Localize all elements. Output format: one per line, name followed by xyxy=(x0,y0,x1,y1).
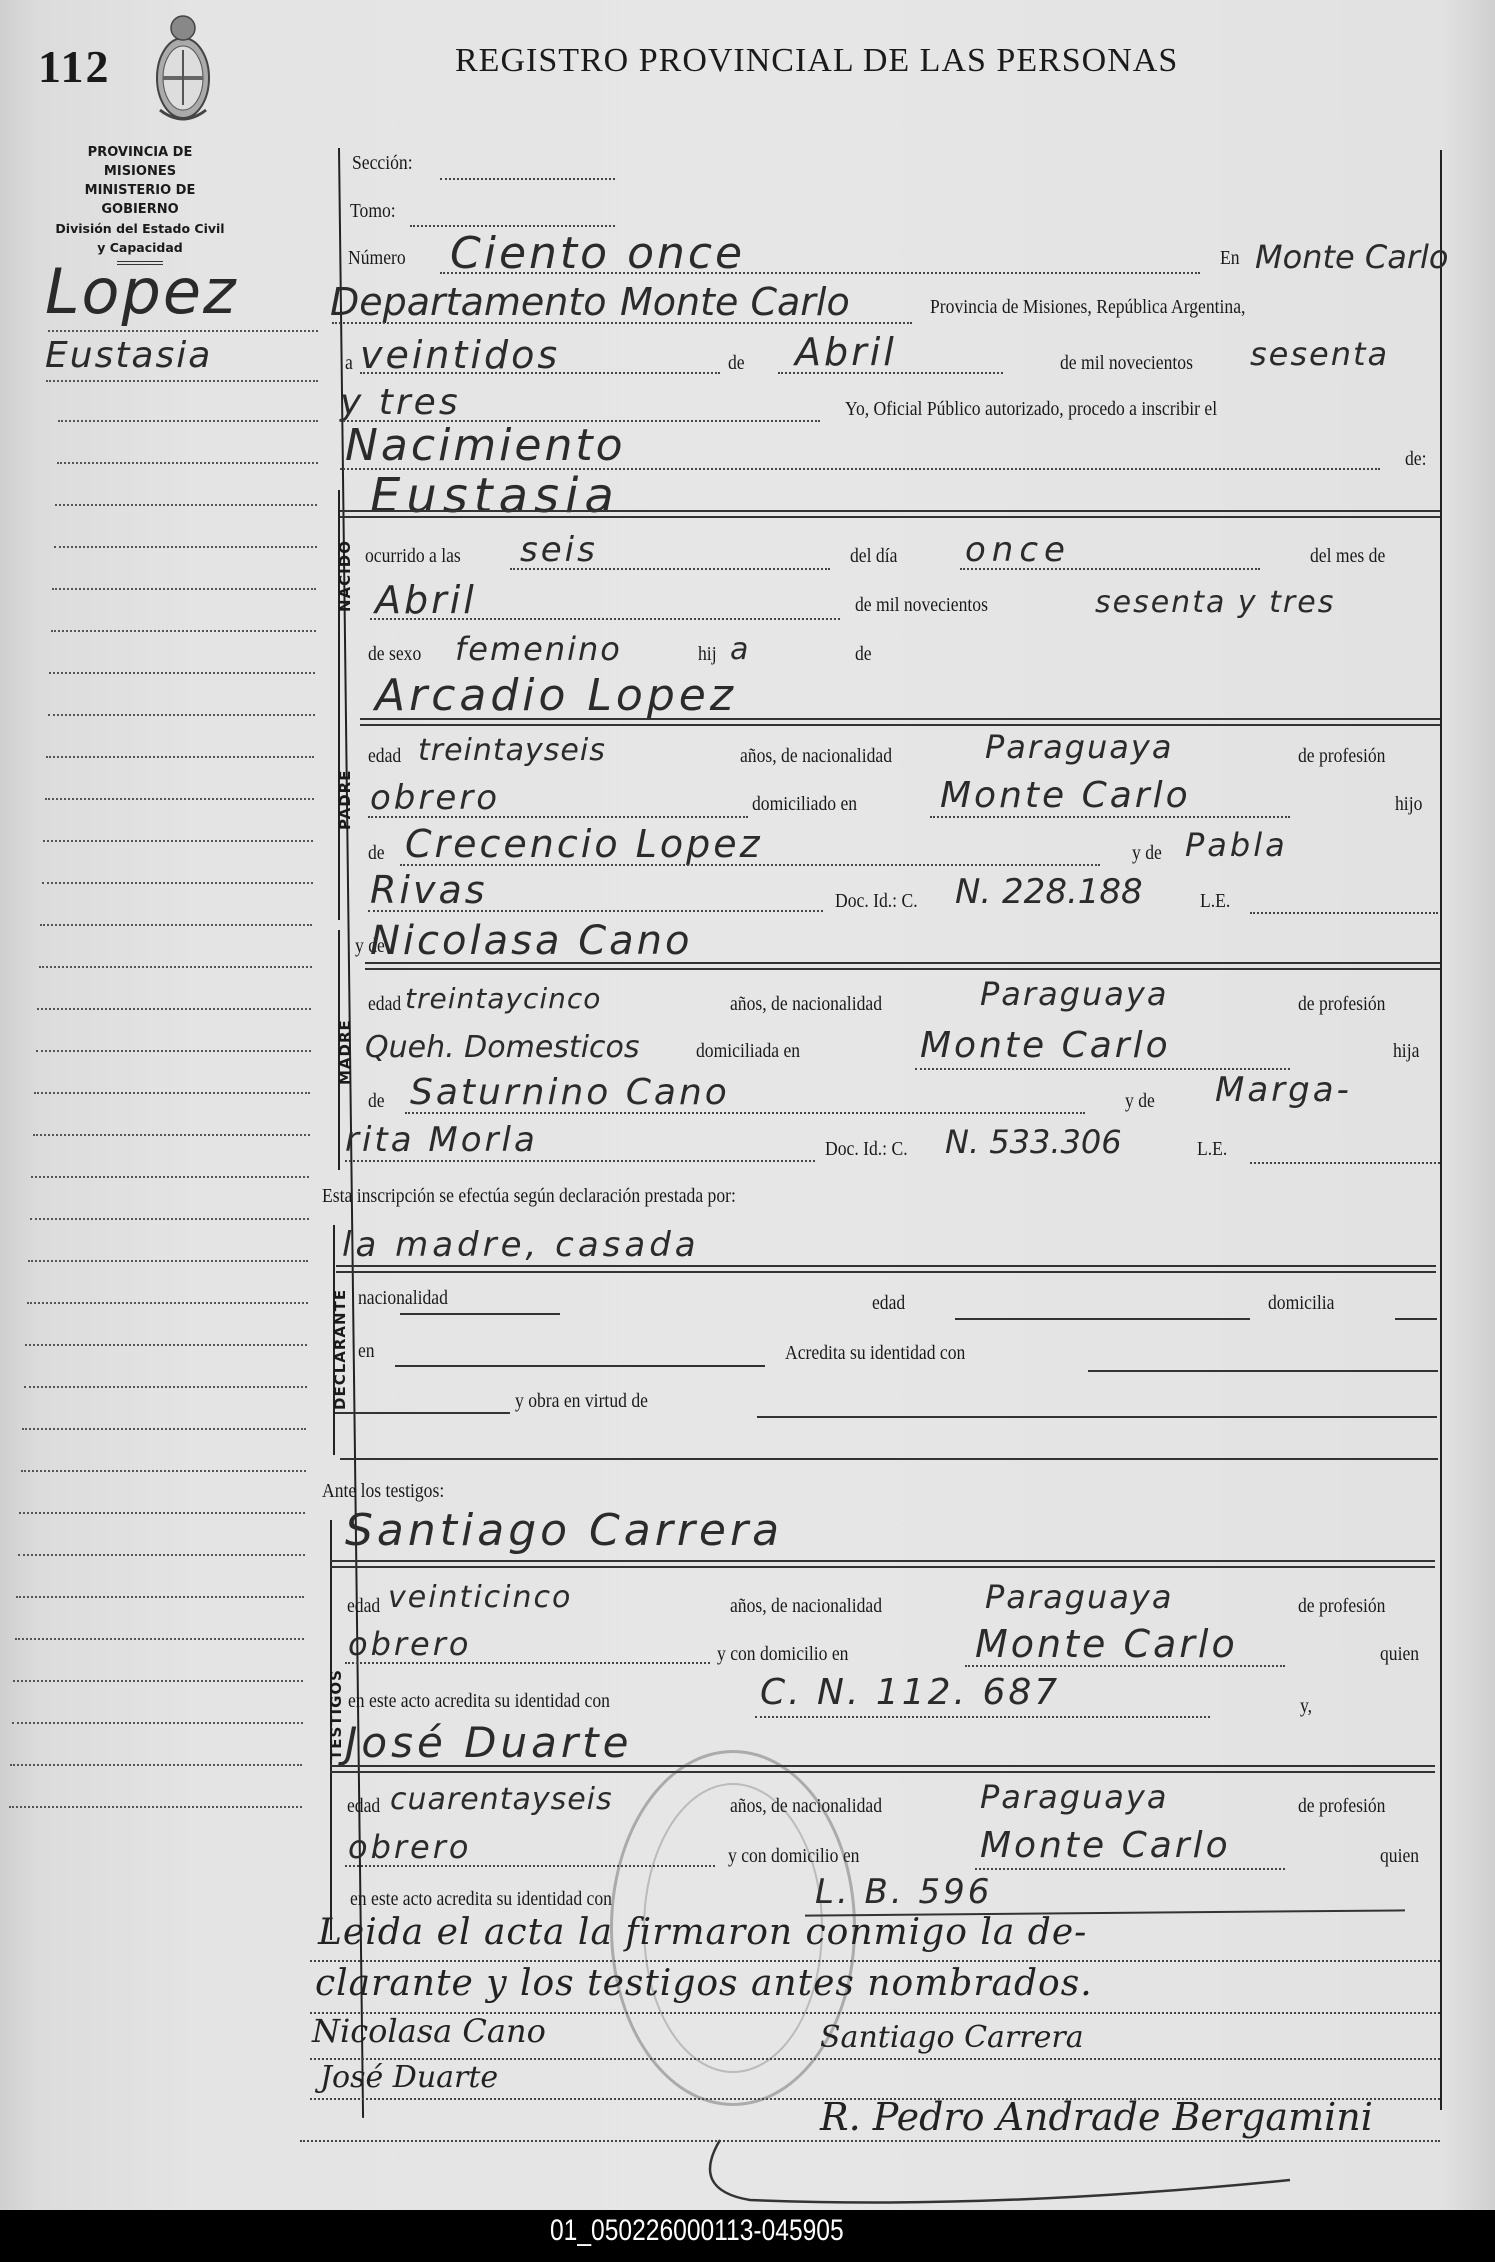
departamento-value[interactable]: Monte Carlo xyxy=(620,280,850,324)
margin-ruled-line xyxy=(48,714,315,716)
madre-le-line xyxy=(1250,1162,1440,1164)
declarante-obra-pre-field[interactable] xyxy=(335,1412,510,1414)
witness-1-id-line xyxy=(755,1716,1210,1718)
nacido-section-label: NACIDO xyxy=(336,540,354,612)
padre-profesion-label: de profesión xyxy=(1298,745,1385,768)
witness-1-domicilio-line xyxy=(965,1665,1285,1667)
margin-ruled-line xyxy=(45,798,314,800)
page-number: 112 xyxy=(38,40,110,93)
madre-domicilio-value[interactable]: Monte Carlo xyxy=(920,1025,1171,1066)
nacido-day-value[interactable]: once xyxy=(965,530,1071,570)
argentina-coat-of-arms-icon xyxy=(152,10,214,130)
departamento-line xyxy=(332,322,912,324)
margin-ruled-line xyxy=(31,1176,309,1178)
madre-hija-label: hija xyxy=(1393,1040,1419,1063)
witness-2-nacionalidad-value[interactable]: Paraguaya xyxy=(980,1778,1168,1816)
departamento-prefix: Departamento xyxy=(330,280,606,324)
witness-1-domicilio-label: y con domicilio en xyxy=(717,1643,848,1666)
right-border-rule xyxy=(1440,150,1442,2110)
a-label: a xyxy=(345,352,353,375)
padre-y-de-label: y de xyxy=(1132,842,1162,865)
madre-profesion-label: de profesión xyxy=(1298,993,1385,1016)
declarante-acredita-field[interactable] xyxy=(1088,1370,1438,1372)
madre-edad-label: edad xyxy=(368,993,401,1016)
declarante-intro: Esta inscripción se efectúa según declar… xyxy=(322,1185,736,1208)
margin-ruled-line xyxy=(9,1806,302,1808)
margin-ruled-line xyxy=(19,1512,305,1514)
witness-2-profesion-value[interactable]: obrero xyxy=(348,1828,471,1866)
signature-witness-1: Santiago Carrera xyxy=(820,2020,1084,2055)
madre-le-label: L.E. xyxy=(1197,1138,1227,1161)
del-mes-label: del mes de xyxy=(1310,545,1385,568)
ocurrido-label: ocurrido a las xyxy=(365,545,461,568)
de-colon-label: de: xyxy=(1405,448,1427,471)
madre-profesion-value[interactable]: Queh. Domesticos xyxy=(365,1030,640,1065)
witness-2-name[interactable]: José Duarte xyxy=(345,1718,632,1767)
madre-y-de-label-2: y de xyxy=(1125,1090,1155,1113)
padre-hijo-label: hijo xyxy=(1395,793,1422,816)
hour-line xyxy=(510,568,830,570)
nacido-month-value[interactable]: Abril xyxy=(375,578,477,622)
father-of-padre-line xyxy=(400,864,1100,866)
closing-line-1: Leida el acta la firmaron conmigo la de- xyxy=(318,1912,1087,1953)
margin-ruled-line xyxy=(36,1050,311,1052)
margin-surname: Lopez xyxy=(45,255,238,328)
witness-1-profesion-line xyxy=(345,1662,710,1664)
document-title: REGISTRO PROVINCIAL DE LAS PERSONAS xyxy=(455,42,1178,80)
declarante-domicilia-label: domicilia xyxy=(1268,1292,1334,1315)
padre-doc-label: Doc. Id.: C. xyxy=(835,890,918,913)
padre-edad-value[interactable]: treintayseis xyxy=(418,733,606,768)
padre-le-label: L.E. xyxy=(1200,890,1230,913)
seccion-field[interactable] xyxy=(440,178,615,180)
padre-name[interactable]: Arcadio Lopez xyxy=(375,670,737,721)
margin-given-name: Eustasia xyxy=(45,335,212,376)
margin-line xyxy=(48,330,318,332)
oficial-text: Yo, Oficial Público autorizado, procedo … xyxy=(845,398,1217,421)
closing-line-2: clarante y los testigos antes nombrados. xyxy=(315,1963,1093,2004)
mother-of-madre-1[interactable]: Marga- xyxy=(1215,1070,1352,1110)
closing-rule-1 xyxy=(310,1960,1440,1962)
del-dia-label: del día xyxy=(850,545,897,568)
padre-anos-label: años, de nacionalidad xyxy=(740,745,892,768)
margin-ruled-line xyxy=(52,588,316,590)
declarante-acredita-label: Acredita su identidad con xyxy=(785,1342,965,1365)
margin-ruled-line xyxy=(55,504,317,506)
issuer-division: División del Estado Civil xyxy=(50,219,230,238)
declarante-obra-field[interactable] xyxy=(757,1416,1437,1418)
margin-ruled-line xyxy=(22,1428,306,1430)
tomo-field[interactable] xyxy=(410,225,615,227)
padre-de-label: de xyxy=(368,842,385,865)
day-line xyxy=(360,372,720,374)
madre-doc-value[interactable]: N. 533.306 xyxy=(945,1123,1122,1161)
sexo-value[interactable]: femenino xyxy=(455,630,622,668)
father-of-madre-line xyxy=(405,1112,1085,1114)
declarante-en-label: en xyxy=(358,1340,375,1363)
margin-ruled-line xyxy=(51,630,316,632)
declarante-extra-line xyxy=(340,1458,1438,1460)
signature-flourish-icon xyxy=(690,2100,1310,2210)
margin-ruled-line xyxy=(43,840,313,842)
margin-ruled-line xyxy=(33,1134,310,1136)
margin-ruled-line xyxy=(27,1302,308,1304)
witness-2-edad-label: edad xyxy=(347,1795,380,1818)
declarante-en-field[interactable] xyxy=(395,1365,765,1367)
mother-of-padre-2[interactable]: Rivas xyxy=(370,868,488,912)
padre-domicilio-line xyxy=(930,816,1290,818)
madre-anos-label: años, de nacionalidad xyxy=(730,993,882,1016)
margin-ruled-line xyxy=(57,462,318,464)
witness-2-domicilio-value[interactable]: Monte Carlo xyxy=(980,1825,1231,1866)
witness-1-nacionalidad-value[interactable]: Paraguaya xyxy=(985,1578,1173,1616)
declarante-obra-label: y obra en virtud de xyxy=(515,1390,648,1413)
nacido-name-line xyxy=(340,510,1440,518)
madre-domicilio-label: domiciliada en xyxy=(696,1040,800,1063)
declarante-edad-label: edad xyxy=(872,1292,905,1315)
de-label: de xyxy=(728,352,745,375)
margin-ruled-line xyxy=(24,1386,307,1388)
witness-1-domicilio-value[interactable]: Monte Carlo xyxy=(975,1622,1238,1666)
nacido-day-line xyxy=(960,568,1260,570)
margin-ruled-line xyxy=(46,756,314,758)
padre-doc-value[interactable]: N. 228.188 xyxy=(955,872,1143,912)
margin-ruled-line xyxy=(39,966,312,968)
madre-edad-value[interactable]: treintaycinco xyxy=(405,982,601,1015)
mother-of-madre-2[interactable]: rita Morla xyxy=(345,1120,538,1160)
margin-ruled-line xyxy=(18,1554,305,1556)
padre-domicilio-label: domiciliado en xyxy=(752,793,857,816)
year-value-2[interactable]: y tres xyxy=(340,382,461,423)
birth-certificate-page: 112 REGISTRO PROVINCIAL DE LAS PERSONAS … xyxy=(0,0,1495,2210)
margin-ruled-line xyxy=(40,924,312,926)
issuer-ministry: MINISTERIO DE GOBIERNO xyxy=(50,181,230,219)
issuer-province: PROVINCIA DE MISIONES xyxy=(50,143,230,181)
day-value[interactable]: veintidos xyxy=(360,333,560,377)
testigos-intro: Ante los testigos: xyxy=(322,1480,444,1503)
hij-label: hij xyxy=(698,643,717,666)
month-line xyxy=(778,372,1003,374)
margin-ruled-line xyxy=(49,672,315,674)
margin-ruled-line xyxy=(54,546,317,548)
mother-of-padre-line xyxy=(368,910,823,912)
provincia-text: Provincia de Misiones, República Argenti… xyxy=(930,296,1245,319)
padre-name-line xyxy=(360,718,1440,726)
padre-edad-label: edad xyxy=(368,745,401,768)
testigos-section-label: TESTIGOS xyxy=(327,1669,345,1760)
padre-le-line xyxy=(1250,912,1438,914)
margin-ruled-line xyxy=(37,1008,311,1010)
year-label: de mil novecientos xyxy=(1060,352,1193,375)
sexo-label: de sexo xyxy=(368,643,421,666)
hij-suffix[interactable]: a xyxy=(730,632,751,667)
father-of-madre[interactable]: Saturnino Cano xyxy=(410,1072,730,1113)
mother-of-madre-line xyxy=(345,1160,815,1162)
declarante-nacionalidad-label: nacionalidad xyxy=(358,1287,448,1310)
witness-2-acredita-label: en este acto acredita su identidad con xyxy=(350,1888,612,1911)
seccion-label: Sección: xyxy=(352,152,413,175)
witness-1-name-line xyxy=(330,1560,1435,1568)
tomo-label: Tomo: xyxy=(350,200,396,223)
witness-1-quien-label: quien xyxy=(1380,1643,1419,1666)
en-value[interactable]: Monte Carlo xyxy=(1255,238,1448,276)
declarante-line xyxy=(336,1265,1436,1273)
witness-2-edad-value[interactable]: cuarentayseis xyxy=(390,1782,613,1817)
margin-ruled-line xyxy=(15,1638,304,1640)
margin-ruled-line xyxy=(21,1470,306,1472)
witness-2-profesion-label: de profesión xyxy=(1298,1795,1385,1818)
declarante-edad-field[interactable] xyxy=(955,1318,1250,1320)
issuer-block: PROVINCIA DE MISIONES MINISTERIO DE GOBI… xyxy=(50,143,230,265)
madre-doc-label: Doc. Id.: C. xyxy=(825,1138,908,1161)
mother-of-padre-1[interactable]: Pabla xyxy=(1185,826,1288,864)
numero-label: Número xyxy=(348,247,406,270)
witness-2-domicilio-line xyxy=(975,1868,1285,1870)
margin-ruled-line xyxy=(28,1260,308,1262)
spacer xyxy=(400,1313,560,1315)
image-id-label: 01_050226000113-045905 xyxy=(550,2214,844,2248)
declarante-domicilia-field[interactable] xyxy=(1395,1318,1437,1320)
padre-profesion-line xyxy=(368,816,748,818)
nacido-de-label: de xyxy=(855,643,872,666)
witness-1-edad-value[interactable]: veinticinco xyxy=(388,1580,572,1615)
witness-1-name[interactable]: Santiago Carrera xyxy=(345,1505,783,1556)
madre-section-label: MADRE xyxy=(336,1019,354,1085)
margin-ruled-line xyxy=(12,1722,303,1724)
signature-witness-2: José Duarte xyxy=(320,2060,498,2095)
margin-ruled-line xyxy=(10,1764,302,1766)
margin-line xyxy=(46,380,318,382)
margin-ruled-line xyxy=(25,1344,307,1346)
witness-2-name-line xyxy=(330,1765,1435,1773)
numero-line xyxy=(440,272,1200,274)
declarante-section-label: DECLARANTE xyxy=(331,1289,349,1410)
declarante-value[interactable]: la madre, casada xyxy=(342,1225,700,1265)
padre-section-label: PADRE xyxy=(336,770,354,830)
en-label: En xyxy=(1220,247,1240,270)
padre-domicilio-value[interactable]: Monte Carlo xyxy=(940,775,1191,816)
witness-1-id-value[interactable]: C. N. 112. 687 xyxy=(760,1672,1060,1713)
madre-de-label: de xyxy=(368,1090,385,1113)
madre-name-line xyxy=(365,962,1440,970)
act-type-value[interactable]: Nacimiento xyxy=(345,420,626,471)
witness-1-trailing: y, xyxy=(1300,1695,1312,1718)
signature-madre: Nicolasa Cano xyxy=(312,2012,546,2050)
month-value[interactable]: Abril xyxy=(795,330,897,374)
padre-nacionalidad-value[interactable]: Paraguaya xyxy=(985,728,1173,766)
witness-1-anos-label: años, de nacionalidad xyxy=(730,1595,882,1618)
hour-value[interactable]: seis xyxy=(520,530,598,570)
padre-profesion-value[interactable]: obrero xyxy=(370,778,500,818)
year-value-1[interactable]: sesenta xyxy=(1250,335,1389,373)
margin-ruled-line xyxy=(30,1218,309,1220)
madre-name[interactable]: Nicolasa Cano xyxy=(370,918,692,964)
margin-ruled-line xyxy=(13,1680,303,1682)
nacido-year-value[interactable]: sesenta y tres xyxy=(1095,585,1335,620)
witness-1-profesion-value[interactable]: obrero xyxy=(348,1625,471,1663)
margin-ruled-line xyxy=(58,420,318,422)
witness-1-profesion-label: de profesión xyxy=(1298,1595,1385,1618)
madre-nacionalidad-value[interactable]: Paraguaya xyxy=(980,975,1168,1013)
father-of-padre[interactable]: Crecencio Lopez xyxy=(405,822,763,866)
nacido-year-label: de mil novecientos xyxy=(855,594,988,617)
witness-2-quien-label: quien xyxy=(1380,1845,1419,1868)
margin-ruled-line xyxy=(16,1596,304,1598)
witness-1-edad-label: edad xyxy=(347,1595,380,1618)
nacido-month-line xyxy=(370,618,840,620)
margin-ruled-line xyxy=(42,882,313,884)
witness-1-acredita-label: en este acto acredita su identidad con xyxy=(348,1690,610,1713)
margin-ruled-line xyxy=(34,1092,310,1094)
